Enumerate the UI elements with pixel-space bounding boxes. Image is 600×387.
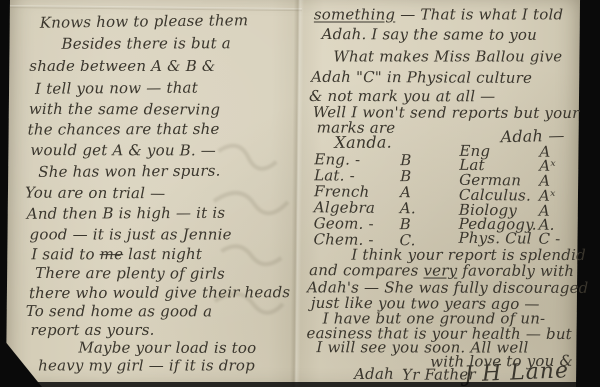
struck-out-word: me [100,245,124,263]
letter-paper: Knows how to please them Besides there i… [6,0,580,387]
line-text: last night [123,245,202,263]
line-text: favorably with [457,262,574,280]
handwritten-line: Adah. I say the same to you [322,27,537,43]
handwritten-line: good — it is just as Jennie [30,227,232,242]
handwritten-line: with the same deserving [29,102,220,118]
handwritten-line: Adah "C" in Physical culture [311,70,532,86]
grades-column-header-adah: Adah — [500,128,564,146]
handwritten-line: & not mark you at all — [309,89,495,104]
handwritten-line: would get A & you B. — [30,143,216,158]
signoff-adah: Adah [354,367,394,382]
handwritten-line: Maybe your load is too [78,341,256,356]
handwritten-line: Besides there is but a [62,36,231,52]
handwritten-line: She has won her spurs. [38,164,221,180]
scanned-letter: Knows how to please them Besides there i… [0,0,600,387]
handwritten-line: heavy my girl — if it is drop [38,358,255,373]
handwritten-line: To send home as good a [26,304,213,319]
line-text: — That is what I told [395,6,563,24]
line-text: and compares [309,261,423,279]
underlined-word: very [423,261,457,279]
handwritten-line: report as yours. [31,323,155,338]
handwritten-line-with-strikeout: I said to me last night [31,247,202,262]
grade-subject: Phys. Cul [458,231,538,247]
line-text: I said to [31,245,99,263]
handwritten-line: You are on trial — [25,186,165,202]
letter-page-left: Knows how to please them Besides there i… [20,0,306,379]
handwritten-line: I tell you now — that [35,81,198,97]
grade-row: Phys. CulC - [458,231,560,247]
handwritten-line-with-underline: something — That is what I told [314,8,563,23]
handwritten-line: There are plenty of girls [35,266,225,282]
underlined-word: something [314,6,395,24]
letter-page-right: something — That is what I told Adah. I … [302,0,596,382]
handwritten-line: shade between A & B & [29,59,215,74]
grades-column-header-xanda: Xanda. [334,135,391,151]
handwritten-line: the chances are that she [28,122,220,138]
handwritten-line: Knows how to please them [40,13,249,31]
scan-bottom-edge [0,382,600,387]
handwritten-line: there who would give their heads [29,285,290,301]
handwritten-line: And then B is high — it is [27,206,226,222]
handwritten-line-with-underline: and compares very favorably with [309,263,574,279]
handwritten-line: What makes Miss Ballou give [333,50,562,65]
